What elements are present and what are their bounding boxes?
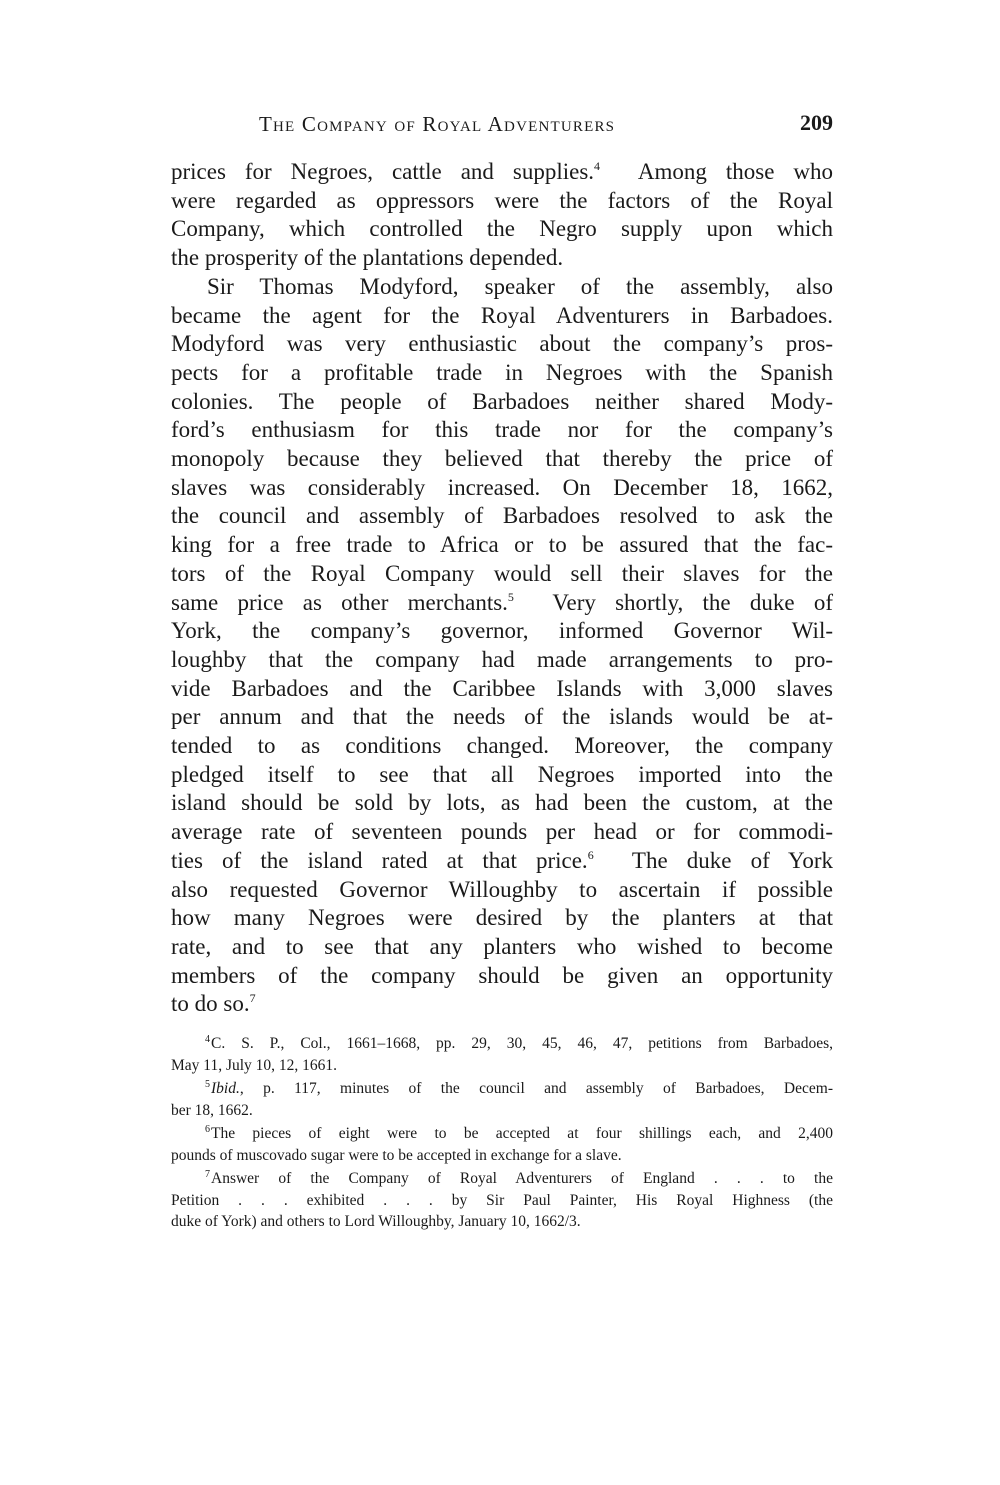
footnote-number: 4 — [205, 1034, 210, 1045]
footnote-ref[interactable]: 5 — [508, 590, 514, 604]
footnote-line: ber 18, 1662. — [171, 1100, 833, 1122]
text-line: Company, which controlled the Negro supp… — [171, 215, 833, 244]
text-line: to do so.7 — [171, 990, 833, 1019]
text-line: pects for a profitable trade in Negroes … — [171, 359, 833, 388]
running-title: The Company of Royal Adventurers — [259, 112, 615, 137]
text-line: per annum and that the needs of the isla… — [171, 703, 833, 732]
text-line: slaves was considerably increased. On De… — [171, 474, 833, 503]
footnote-line: duke of York) and others to Lord Willoug… — [171, 1211, 833, 1233]
text-line: how many Negroes were desired by the pla… — [171, 904, 833, 933]
text-line: average rate of seventeen pounds per hea… — [171, 818, 833, 847]
body-text: prices for Negroes, cattle and supplies.… — [171, 158, 833, 1019]
text-line: prices for Negroes, cattle and supplies.… — [171, 158, 833, 187]
text-line: the prosperity of the plantations depend… — [171, 244, 833, 273]
footnote-ref[interactable]: 4 — [594, 159, 600, 173]
footnote-line: pounds of muscovado sugar were to be acc… — [171, 1145, 833, 1167]
footnote-number: 6 — [205, 1124, 210, 1135]
footnote-line: Petition . . . exhibited . . . by Sir Pa… — [171, 1190, 833, 1212]
text-line: island should be sold by lots, as had be… — [171, 789, 833, 818]
footnote-line: May 11, July 10, 12, 1661. — [171, 1055, 833, 1077]
text-line: rate, and to see that any planters who w… — [171, 933, 833, 962]
footnote-number: 5 — [205, 1079, 210, 1090]
text-line: Sir Thomas Modyford, speaker of the asse… — [171, 273, 833, 302]
text-line: ties of the island rated at that price.6… — [171, 847, 833, 876]
text-line: loughby that the company had made arrang… — [171, 646, 833, 675]
paragraph: Sir Thomas Modyford, speaker of the asse… — [171, 273, 833, 1019]
text-line: king for a free trade to Africa or to be… — [171, 531, 833, 560]
footnote-line: 4C. S. P., Col., 1661–1668, pp. 29, 30, … — [171, 1033, 833, 1055]
text-line: pledged itself to see that all Negroes i… — [171, 761, 833, 790]
footnote-line: 6The pieces of eight were to be accepted… — [171, 1123, 833, 1145]
text-line: became the agent for the Royal Adventure… — [171, 302, 833, 331]
footnote-6: 6The pieces of eight were to be accepted… — [171, 1123, 833, 1166]
text-line: same price as other merchants.5 Very sho… — [171, 589, 833, 618]
text-line: were regarded as oppressors were the fac… — [171, 187, 833, 216]
text-line: monopoly because they believed that ther… — [171, 445, 833, 474]
footnote-line: 5Ibid., p. 117, minutes of the council a… — [171, 1078, 833, 1100]
text-line: tors of the Royal Company would sell the… — [171, 560, 833, 589]
page-number: 209 — [800, 110, 833, 136]
italic-citation: Ibid. — [211, 1080, 240, 1097]
footnotes: 4C. S. P., Col., 1661–1668, pp. 29, 30, … — [171, 1033, 833, 1233]
text-line: ford’s enthusiasm for this trade nor for… — [171, 416, 833, 445]
text-line: the council and assembly of Barbadoes re… — [171, 502, 833, 531]
text-line: York, the company’s governor, informed G… — [171, 617, 833, 646]
footnote-5: 5Ibid., p. 117, minutes of the council a… — [171, 1078, 833, 1121]
running-head: The Company of Royal Adventurers 209 — [171, 112, 833, 148]
footnote-line: 7Answer of the Company of Royal Adventur… — [171, 1168, 833, 1190]
footnote-4: 4C. S. P., Col., 1661–1668, pp. 29, 30, … — [171, 1033, 833, 1076]
footnote-ref[interactable]: 7 — [250, 991, 256, 1005]
text-line: members of the company should be given a… — [171, 962, 833, 991]
text-line: Modyford was very enthusiastic about the… — [171, 330, 833, 359]
text-line: tended to as conditions changed. Moreove… — [171, 732, 833, 761]
text-line: colonies. The people of Barbadoes neithe… — [171, 388, 833, 417]
book-page: The Company of Royal Adventurers 209 pri… — [171, 112, 833, 1235]
text-line: also requested Governor Willoughby to as… — [171, 876, 833, 905]
footnote-ref[interactable]: 6 — [588, 848, 594, 862]
footnote-7: 7Answer of the Company of Royal Adventur… — [171, 1168, 833, 1233]
footnote-number: 7 — [205, 1169, 210, 1180]
paragraph: prices for Negroes, cattle and supplies.… — [171, 158, 833, 273]
text-line: vide Barbadoes and the Caribbee Islands … — [171, 675, 833, 704]
